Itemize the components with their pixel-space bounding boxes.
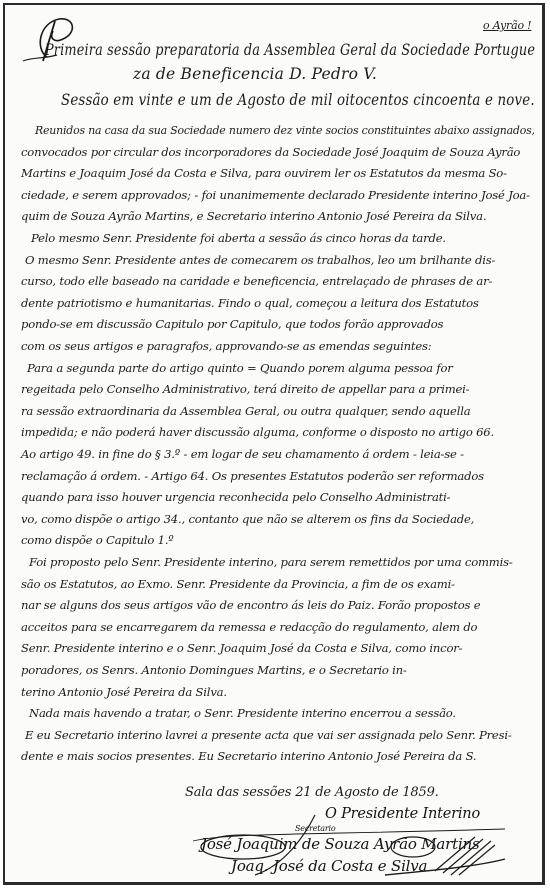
manuscript-line: com os seus artigos e paragrafos, approv…	[21, 339, 432, 353]
manuscript-line: regeitada pelo Conselho Administrativo, …	[21, 382, 469, 396]
manuscript-line: Para a segunda parte do artigo quinto = …	[27, 361, 453, 375]
signature-1: José Joaquim de Souza Ayrão Martins	[201, 835, 480, 853]
small-annotation: Secretario	[295, 824, 335, 833]
manuscript-line: nar se alguns dos seus artigos vão de en…	[21, 598, 480, 612]
manuscript-line: quim de Souza Ayrão Martins, e Secretari…	[21, 209, 486, 223]
manuscript-line: Martins e Joaquim José da Costa e Silva,…	[21, 166, 507, 180]
manuscript-line: acceitos para se encarregarem da remessa…	[21, 620, 477, 634]
manuscript-line: são os Estatutos, ao Exmo. Senr. Preside…	[21, 577, 455, 591]
manuscript-line: pondo-se em discussão Capitulo por Capit…	[21, 317, 443, 331]
manuscript-line: dente e mais socios presentes. Eu Secret…	[21, 749, 476, 763]
manuscript-line: Reunidos na casa da sua Sociedade numero…	[35, 123, 535, 137]
drop-cap-flourish-icon	[17, 9, 97, 69]
manuscript-line: dente patriotismo e humanitarias. Findo …	[21, 296, 479, 310]
manuscript-page: o Ayrão ! Primeira sessão preparatoria d…	[3, 3, 545, 885]
header-line-1: Primeira sessão preparatoria da Assemble…	[45, 41, 535, 59]
manuscript-line: Foi proposto pelo Senr. Presidente inter…	[29, 555, 513, 569]
manuscript-line: quando para isso houver urgencia reconhe…	[21, 490, 450, 504]
manuscript-line: ra sessão extraordinaria da Assemblea Ge…	[21, 404, 470, 418]
manuscript-line: Pelo mesmo Senr. Presidente foi aberta a…	[31, 231, 446, 245]
place-date: Sala das sessões 21 de Agosto de 1859.	[185, 785, 439, 800]
manuscript-line: ciedade, e serem approvados; - foi unani…	[21, 188, 530, 202]
manuscript-line: terino Antonio José Pereira da Silva.	[21, 685, 227, 699]
manuscript-line: E eu Secretario interino lavrei a presen…	[25, 728, 512, 742]
manuscript-line: Senr. Presidente interino e o Senr. Joaq…	[21, 641, 462, 655]
manuscript-line: Nada mais havendo a tratar, o Senr. Pres…	[29, 706, 456, 720]
manuscript-line: impedida; e não poderá haver discussão a…	[21, 425, 494, 439]
manuscript-line: poradores, os Senrs. Antonio Domingues M…	[21, 663, 407, 677]
manuscript-line: Ao artigo 49. in fine do § 3.º - em loga…	[21, 447, 464, 461]
signature-2: Joaq. José da Costa e Silva	[231, 857, 427, 875]
manuscript-line: O mesmo Senr. Presidente antes de comeca…	[25, 253, 495, 267]
manuscript-line: reclamação á ordem. - Artigo 64. Os pres…	[21, 469, 484, 483]
margin-note: o Ayrão !	[483, 19, 531, 32]
header-line-3: Sessão em vinte e um de Agosto de mil oi…	[61, 91, 535, 109]
header-line-2: za de Beneficencia D. Pedro V.	[133, 65, 377, 83]
manuscript-line: curso, todo elle baseado na caridade e b…	[21, 274, 492, 288]
manuscript-line: vo, como dispõe o artigo 34., contanto q…	[21, 512, 474, 526]
signatory-title: O Presidente Interino	[325, 806, 480, 822]
manuscript-line: como dispõe o Capitulo 1.º	[21, 533, 174, 547]
manuscript-line: convocados por circular dos incorporador…	[21, 145, 520, 159]
